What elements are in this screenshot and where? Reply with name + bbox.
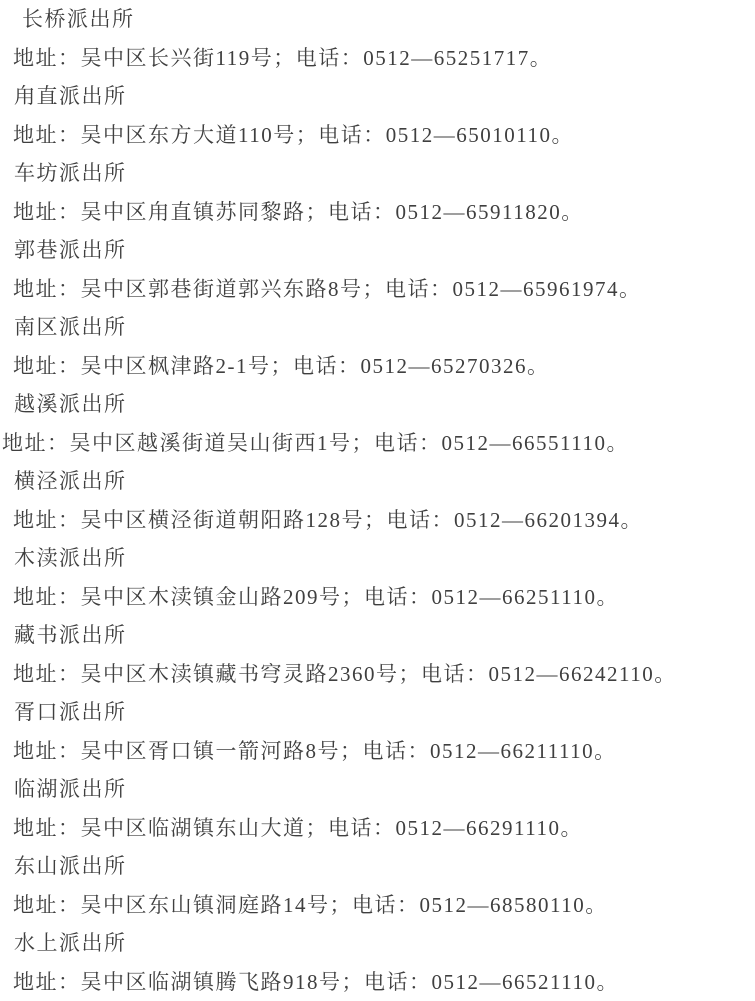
terminator: 。 [560,816,583,840]
phone-label: 电话： [387,508,455,532]
station-name: 木渎派出所 [0,539,755,578]
station-name: 长桥派出所 [0,0,755,39]
address-label: 地址： [13,739,81,763]
phone-value: 0512—66201394 [454,508,621,532]
phone-label: 电话： [293,354,361,378]
phone-label: 电话： [385,277,453,301]
station-address-line: 地址：吴中区郭巷街道郭兴东路8号；电话：0512—65961974。 [0,270,755,309]
separator: ； [306,816,329,840]
address-value: 吴中区临湖镇东山大道 [81,816,306,840]
address-value: 吴中区木渎镇金山路209号 [81,585,342,609]
station-name: 车坊派出所 [0,154,755,193]
phone-value: 0512—65911820 [396,200,562,224]
station-entry: 甪直派出所地址：吴中区东方大道110号；电话：0512—65010110。 [0,77,755,154]
address-value: 吴中区横泾街道朝阳路128号 [81,508,365,532]
terminator: 。 [594,739,617,763]
station-entry: 横泾派出所地址：吴中区横泾街道朝阳路128号；电话：0512—66201394。 [0,462,755,539]
separator: ； [352,431,375,455]
separator: ； [271,354,294,378]
station-name: 胥口派出所 [0,693,755,732]
station-name: 东山派出所 [0,847,755,886]
station-entry: 胥口派出所地址：吴中区胥口镇一箭河路8号；电话：0512—66211110。 [0,693,755,770]
address-value: 吴中区越溪街道吴山街西1号 [70,431,352,455]
address-label: 地址： [2,431,70,455]
station-name: 甪直派出所 [0,77,755,116]
phone-value: 0512—65251717 [363,46,530,70]
address-value: 吴中区枫津路2-1号 [81,354,271,378]
address-value: 吴中区甪直镇苏同黎路 [81,200,306,224]
police-station-list: 长桥派出所地址：吴中区长兴街119号；电话：0512—65251717。甪直派出… [0,0,755,1001]
address-value: 吴中区东方大道110号 [81,123,296,147]
terminator: 。 [530,46,553,70]
station-name: 郭巷派出所 [0,231,755,270]
phone-label: 电话： [296,46,364,70]
station-name: 越溪派出所 [0,385,755,424]
terminator: 。 [606,431,629,455]
separator: ； [342,970,365,994]
station-entry: 南区派出所地址：吴中区枫津路2-1号；电话：0512—65270326。 [0,308,755,385]
phone-label: 电话： [374,431,442,455]
address-label: 地址： [13,508,81,532]
terminator: 。 [585,893,608,917]
terminator: 。 [561,200,584,224]
address-label: 地址： [13,816,81,840]
station-entry: 临湖派出所地址：吴中区临湖镇东山大道；电话：0512—66291110。 [0,770,755,847]
station-entry: 东山派出所地址：吴中区东山镇洞庭路14号；电话：0512—68580110。 [0,847,755,924]
address-value: 吴中区木渎镇藏书穹灵路2360号 [81,662,399,686]
address-label: 地址： [13,585,81,609]
separator: ； [273,46,296,70]
station-entry: 车坊派出所地址：吴中区甪直镇苏同黎路；电话：0512—65911820。 [0,154,755,231]
station-address-line: 地址：吴中区越溪街道吴山街西1号；电话：0512—66551110。 [0,424,755,463]
phone-label: 电话： [318,123,386,147]
station-address-line: 地址：吴中区东山镇洞庭路14号；电话：0512—68580110。 [0,886,755,925]
terminator: 。 [619,277,642,301]
phone-value: 0512—66211110 [430,739,594,763]
address-value: 吴中区长兴街119号 [81,46,274,70]
address-label: 地址： [13,200,81,224]
address-label: 地址： [13,277,81,301]
station-address-line: 地址：吴中区长兴街119号；电话：0512—65251717。 [0,39,755,78]
station-address-line: 地址：吴中区横泾街道朝阳路128号；电话：0512—66201394。 [0,501,755,540]
station-address-line: 地址：吴中区东方大道110号；电话：0512—65010110。 [0,116,755,155]
station-address-line: 地址：吴中区木渎镇藏书穹灵路2360号；电话：0512—66242110。 [0,655,755,694]
phone-value: 0512—66242110 [489,662,655,686]
phone-value: 0512—65961974 [453,277,620,301]
separator: ； [342,585,365,609]
station-entry: 郭巷派出所地址：吴中区郭巷街道郭兴东路8号；电话：0512—65961974。 [0,231,755,308]
address-label: 地址： [13,46,81,70]
station-address-line: 地址：吴中区临湖镇腾飞路918号；电话：0512—66521110。 [0,963,755,1001]
terminator: 。 [551,123,574,147]
phone-value: 0512—66521110 [432,970,597,994]
address-value: 吴中区郭巷街道郭兴东路8号 [81,277,363,301]
separator: ； [364,508,387,532]
station-entry: 藏书派出所地址：吴中区木渎镇藏书穹灵路2360号；电话：0512—6624211… [0,616,755,693]
separator: ； [296,123,319,147]
station-entry: 长桥派出所地址：吴中区长兴街119号；电话：0512—65251717。 [0,0,755,77]
station-address-line: 地址：吴中区胥口镇一箭河路8号；电话：0512—66211110。 [0,732,755,771]
station-name: 临湖派出所 [0,770,755,809]
phone-value: 0512—66291110 [396,816,561,840]
terminator: 。 [596,585,619,609]
terminator: 。 [654,662,677,686]
phone-label: 电话： [364,585,432,609]
phone-value: 0512—66551110 [442,431,607,455]
terminator: 。 [621,508,644,532]
document-page: 长桥派出所地址：吴中区长兴街119号；电话：0512—65251717。甪直派出… [0,0,755,1001]
phone-label: 电话： [364,970,432,994]
phone-value: 0512—65270326 [361,354,528,378]
station-name: 南区派出所 [0,308,755,347]
station-address-line: 地址：吴中区木渎镇金山路209号；电话：0512—66251110。 [0,578,755,617]
separator: ； [399,662,422,686]
phone-value: 0512—65010110 [386,123,552,147]
separator: ； [363,277,386,301]
separator: ； [330,893,353,917]
phone-label: 电话： [352,893,420,917]
terminator: 。 [596,970,619,994]
station-address-line: 地址：吴中区临湖镇东山大道；电话：0512—66291110。 [0,809,755,848]
address-label: 地址： [13,893,81,917]
phone-label: 电话： [363,739,431,763]
address-value: 吴中区东山镇洞庭路14号 [81,893,330,917]
separator: ； [306,200,329,224]
station-name: 横泾派出所 [0,462,755,501]
address-label: 地址： [13,662,81,686]
address-value: 吴中区胥口镇一箭河路8号 [81,739,341,763]
address-label: 地址： [13,970,81,994]
phone-value: 0512—66251110 [432,585,597,609]
station-entry: 水上派出所地址：吴中区临湖镇腾飞路918号；电话：0512—66521110。 [0,924,755,1001]
separator: ； [340,739,363,763]
station-name: 水上派出所 [0,924,755,963]
phone-label: 电话： [328,816,396,840]
station-address-line: 地址：吴中区甪直镇苏同黎路；电话：0512—65911820。 [0,193,755,232]
address-label: 地址： [13,123,81,147]
station-entry: 越溪派出所地址：吴中区越溪街道吴山街西1号；电话：0512—66551110。 [0,385,755,462]
address-value: 吴中区临湖镇腾飞路918号 [81,970,342,994]
phone-value: 0512—68580110 [420,893,586,917]
phone-label: 电话： [421,662,489,686]
station-entry: 木渎派出所地址：吴中区木渎镇金山路209号；电话：0512—66251110。 [0,539,755,616]
station-name: 藏书派出所 [0,616,755,655]
phone-label: 电话： [328,200,396,224]
terminator: 。 [527,354,550,378]
station-address-line: 地址：吴中区枫津路2-1号；电话：0512—65270326。 [0,347,755,386]
address-label: 地址： [13,354,81,378]
